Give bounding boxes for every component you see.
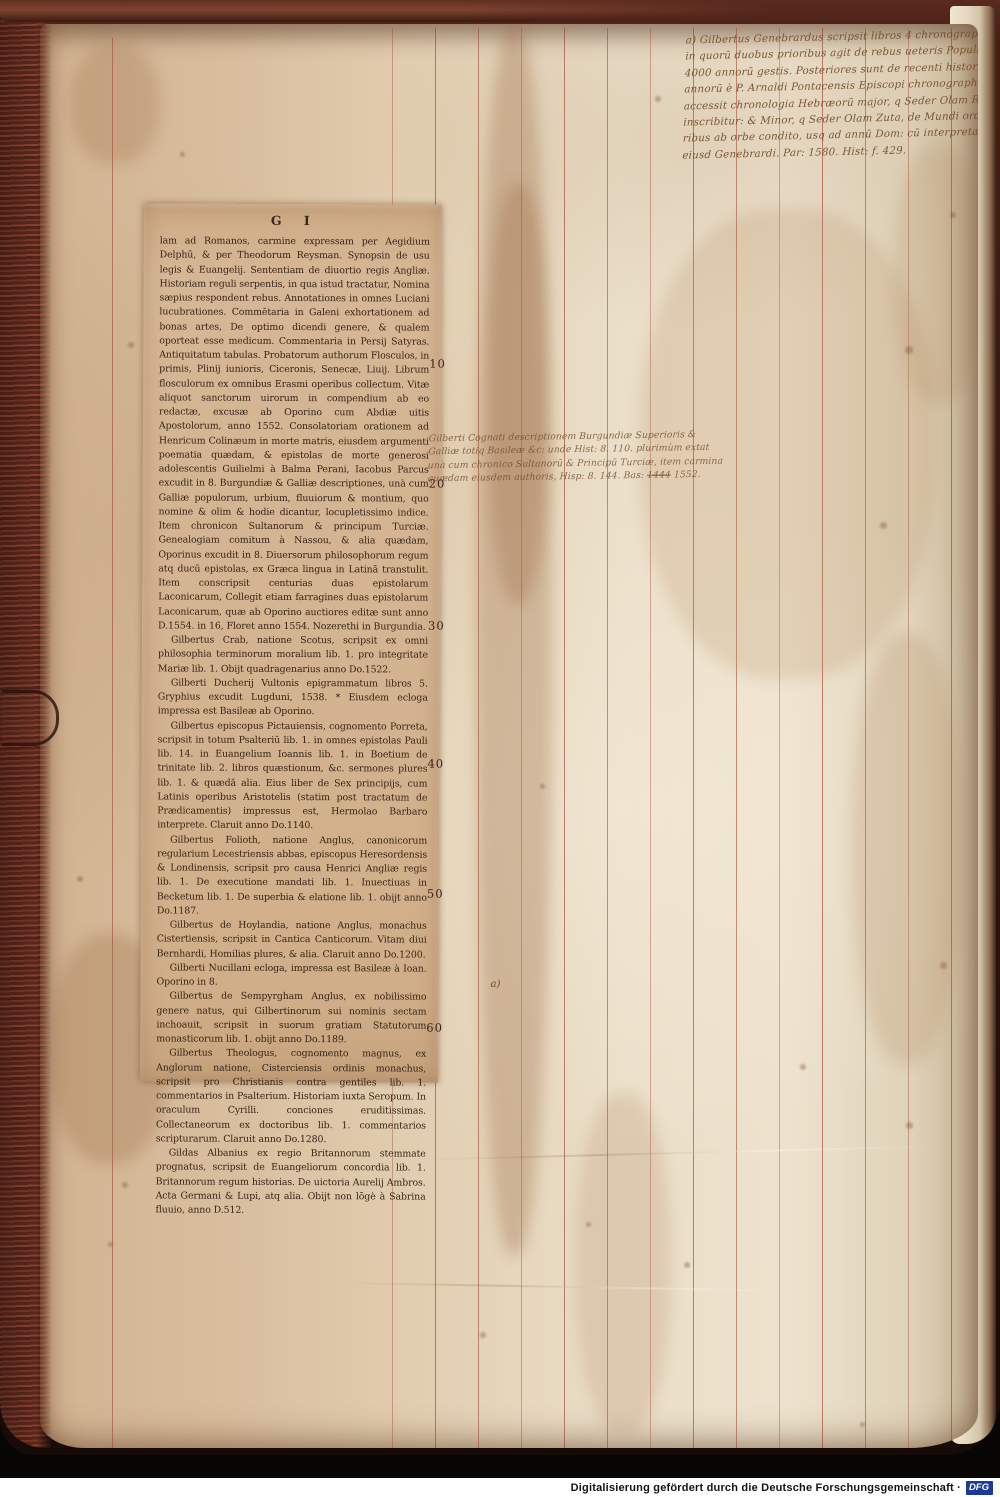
print-paragraph: Gilbertus Folioth, natione Anglus, canon… [157,833,427,920]
foxing-spot [108,1242,113,1247]
print-paragraph: Gilberti Ducherij Vultonis epigrammatum … [158,676,428,720]
struck-year: 1444 [647,470,671,481]
stain [488,184,548,604]
ruled-line [112,38,113,1448]
foxing-spot [940,962,947,969]
foxing-spot [180,152,185,157]
foxing-spot [800,1064,806,1070]
print-paragraph: Gilbertus de Hoylandia, natione Anglus, … [157,918,427,962]
stain [852,634,962,1064]
print-header: G I [160,212,430,228]
print-paragraph: Gilbertus episcopus Pictauiensis, cognom… [157,719,427,834]
margin-line-number: 10 [429,357,446,371]
margin-line-number: 60 [426,1021,443,1035]
foxing-spot [540,784,545,789]
stain [894,144,978,404]
foxing-spot [905,346,913,354]
index-tab-outline [2,690,59,746]
margin-line-number: 30 [428,619,445,633]
foxing-spot [586,1222,591,1227]
dfg-logo: DFG [966,1481,993,1495]
foxing-spot [122,1182,128,1188]
print-body: lam ad Romanos, carmine expressam per Ae… [155,234,429,1218]
margin-line-number: 40 [427,757,444,771]
note-text: 1552. [671,469,701,480]
print-paragraph: lam ad Romanos, carmine expressam per Ae… [158,234,430,634]
page-crease [340,1282,800,1292]
margin-line-number: 50 [427,887,444,901]
print-paragraph: Gilbertus de Sempyrgham Anglus, ex nobil… [156,990,426,1048]
handwritten-note-top-right: a) Gilbertus Genebrardus scripsit libros… [682,25,978,163]
foxing-spot [950,212,956,218]
foxing-spot [684,1262,690,1268]
print-paragraph: Gildas Albanius ex regio Britannorum ste… [155,1146,425,1218]
ruled-line [693,28,694,1448]
handwritten-inline-mark: a) [490,979,500,990]
manuscript-page: G I lam ad Romanos, carmine expressam pe… [40,24,978,1448]
stain [70,44,160,164]
foxing-spot [77,876,83,882]
print-paragraph: Gilbertus Theologus, cognomento magnus, … [156,1047,426,1148]
print-paragraph: Gilberti Nucillani ecloga, impressa est … [156,961,426,991]
dfg-credit-bar: Digitalisierung gefördert durch die Deut… [0,1478,1000,1497]
foxing-spot [655,96,661,102]
foxing-spot [860,1422,865,1427]
foxing-spot [128,342,134,348]
book-scan: G I lam ad Romanos, carmine expressam pe… [0,0,1000,1497]
leather-top-edge [0,0,780,22]
handwritten-note-middle: Gilberti Cognati descriptionem Burgundiæ… [427,428,725,486]
print-paragraph: Gilbertus Crab, natione Scotus, scripsit… [158,633,428,677]
foxing-spot [480,1332,486,1338]
foxing-spot [880,522,887,529]
ruled-line [564,28,565,1448]
pasted-print-slip: G I lam ad Romanos, carmine expressam pe… [140,203,442,1082]
digitization-credit-text: Digitalisierung gefördert durch die Deut… [571,1482,961,1494]
foxing-spot [906,1122,913,1129]
stain [576,1094,671,1434]
